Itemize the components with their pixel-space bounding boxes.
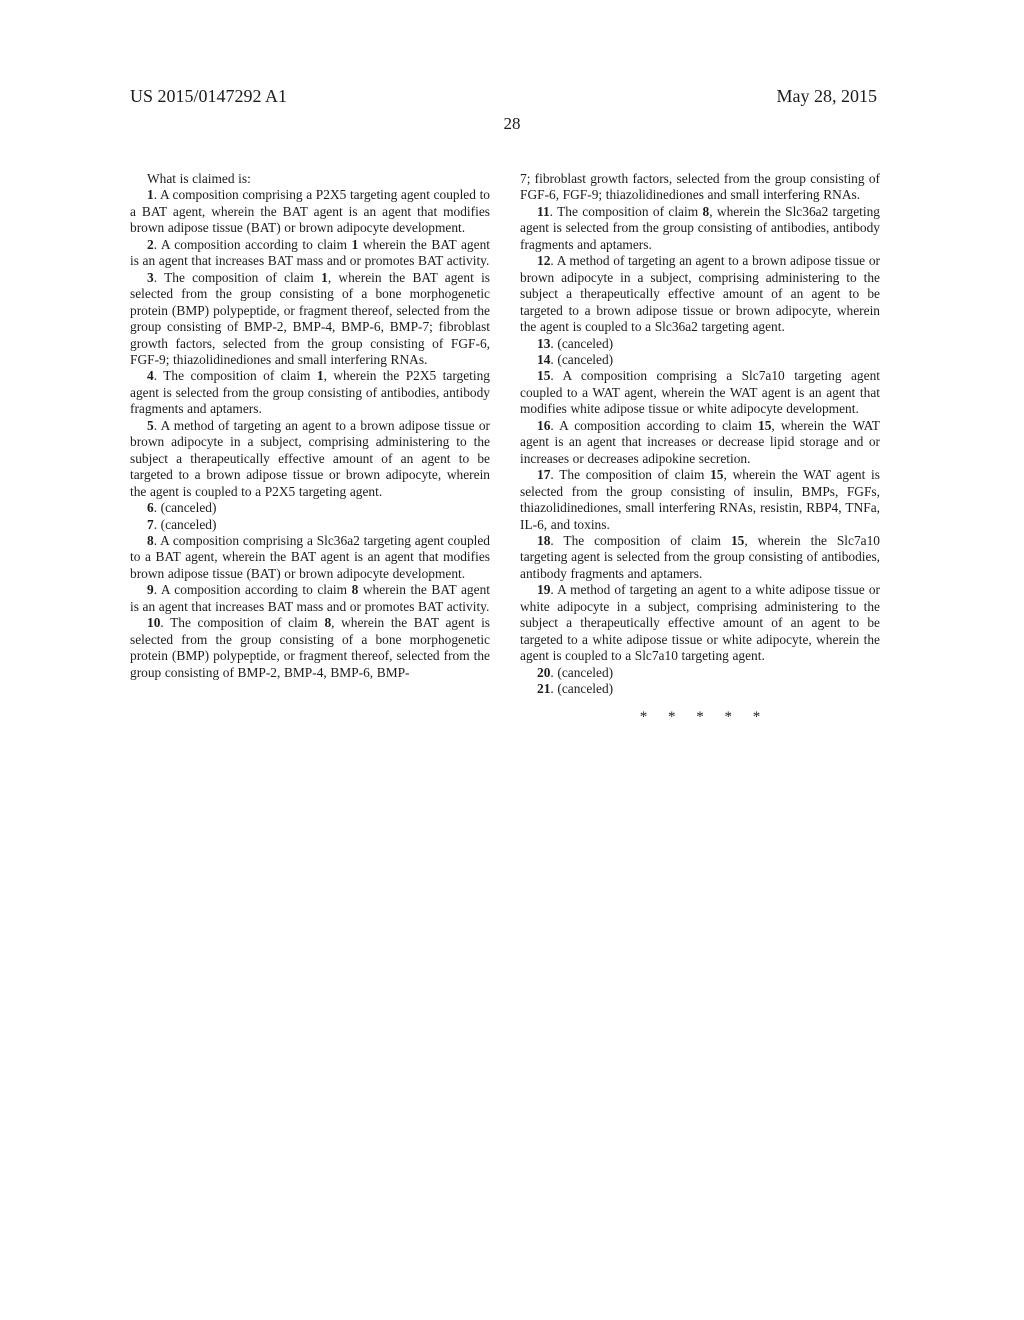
- claim-text: . (canceled): [550, 665, 613, 680]
- claim-text: . The composition of claim: [550, 204, 703, 219]
- claim-number: 15: [731, 533, 744, 548]
- claim-number: 3: [147, 270, 154, 285]
- claim-continuation-paragraph: 7; fibroblast growth factors, selected f…: [520, 171, 880, 204]
- claim-text: . (canceled): [550, 336, 613, 351]
- claim-paragraph: 3. The composition of claim 1, wherein t…: [130, 270, 490, 369]
- claim-number: 7: [147, 517, 154, 532]
- claim-paragraph: 2. A composition according to claim 1 wh…: [130, 237, 490, 270]
- claims-column-left: What is claimed is:1. A composition comp…: [130, 171, 490, 725]
- claim-number: 16: [537, 418, 550, 433]
- claims-column-right: 7; fibroblast growth factors, selected f…: [520, 171, 880, 725]
- claim-number: 6: [147, 500, 154, 515]
- claim-text: What is claimed is:: [147, 171, 251, 186]
- claim-text: . (canceled): [154, 500, 217, 515]
- claim-paragraph: 14. (canceled): [520, 352, 880, 368]
- claim-paragraph: 7. (canceled): [130, 517, 490, 533]
- claim-number: 19: [537, 582, 550, 597]
- claim-paragraph: 5. A method of targeting an agent to a b…: [130, 418, 490, 500]
- claim-paragraph: 1. A composition comprising a P2X5 targe…: [130, 187, 490, 236]
- claim-text: . A composition according to claim: [550, 418, 758, 433]
- claim-number: 15: [710, 467, 723, 482]
- claim-number: 10: [147, 615, 160, 630]
- claim-number: 17: [537, 467, 550, 482]
- claim-paragraph: 10. The composition of claim 8, wherein …: [130, 615, 490, 681]
- claim-number: 15: [537, 368, 550, 383]
- claim-text: . A method of targeting an agent to a br…: [130, 418, 490, 499]
- claim-text: . The composition of claim: [550, 467, 710, 482]
- claim-number: 20: [537, 665, 550, 680]
- claim-paragraph: 11. The composition of claim 8, wherein …: [520, 204, 880, 253]
- claim-paragraph: 12. A method of targeting an agent to a …: [520, 253, 880, 335]
- claim-text: . The composition of claim: [154, 368, 317, 383]
- claim-text: * * * * *: [640, 709, 761, 725]
- claim-number: 2: [147, 237, 154, 252]
- page-number: 28: [0, 114, 1024, 134]
- claim-text: . A method of targeting an agent to a br…: [520, 253, 880, 334]
- claim-paragraph: 13. (canceled): [520, 336, 880, 352]
- claim-number: 18: [537, 533, 550, 548]
- claim-text: . The composition of claim: [550, 533, 731, 548]
- claim-number: 9: [147, 582, 154, 597]
- claim-number: 15: [758, 418, 771, 433]
- claim-paragraph: 17. The composition of claim 15, wherein…: [520, 467, 880, 533]
- claim-paragraph: 6. (canceled): [130, 500, 490, 516]
- claim-number: 5: [147, 418, 154, 433]
- claim-text: . The composition of claim: [160, 615, 324, 630]
- page-header: US 2015/0147292 A1 May 28, 2015: [130, 86, 877, 107]
- claim-number: 1: [147, 187, 154, 202]
- claim-number: 1: [321, 270, 328, 285]
- claim-paragraph: 19. A method of targeting an agent to a …: [520, 582, 880, 664]
- claim-text: . The composition of claim: [154, 270, 321, 285]
- claim-text: . A composition according to claim: [154, 237, 352, 252]
- claim-paragraph: 21. (canceled): [520, 681, 880, 697]
- claim-number: 11: [537, 204, 550, 219]
- claim-text: 7; fibroblast growth factors, selected f…: [520, 171, 880, 202]
- claim-text: . (canceled): [550, 352, 613, 367]
- claim-number: 4: [147, 368, 154, 383]
- patent-document-page: US 2015/0147292 A1 May 28, 2015 28 What …: [0, 0, 1024, 1320]
- publication-number: US 2015/0147292 A1: [130, 86, 287, 107]
- claim-paragraph: 9. A composition according to claim 8 wh…: [130, 582, 490, 615]
- claims-section: What is claimed is:1. A composition comp…: [130, 171, 881, 725]
- claim-number: 12: [537, 253, 550, 268]
- claim-number: 1: [317, 368, 324, 383]
- claim-paragraph: 20. (canceled): [520, 665, 880, 681]
- claim-text: . A method of targeting an agent to a wh…: [520, 582, 880, 663]
- claim-paragraph: 4. The composition of claim 1, wherein t…: [130, 368, 490, 417]
- claim-number: 8: [147, 533, 154, 548]
- claim-text: . A composition comprising a Slc7a10 tar…: [520, 368, 880, 416]
- claim-paragraph: 18. The composition of claim 15, wherein…: [520, 533, 880, 582]
- claim-text: . A composition comprising a Slc36a2 tar…: [130, 533, 490, 581]
- claim-paragraph: 15. A composition comprising a Slc7a10 t…: [520, 368, 880, 417]
- claim-paragraph: 16. A composition according to claim 15,…: [520, 418, 880, 467]
- claim-number: 14: [537, 352, 550, 367]
- claim-text: . (canceled): [550, 681, 613, 696]
- publication-date: May 28, 2015: [777, 86, 878, 107]
- claim-paragraph: 8. A composition comprising a Slc36a2 ta…: [130, 533, 490, 582]
- claim-text: . (canceled): [154, 517, 217, 532]
- claim-number: 21: [537, 681, 550, 696]
- claim-text: . A composition comprising a P2X5 target…: [130, 187, 490, 235]
- claim-number: 13: [537, 336, 550, 351]
- asterisks-separator: * * * * *: [520, 709, 880, 725]
- claims-intro: What is claimed is:: [130, 171, 490, 187]
- claim-text: . A composition according to claim: [154, 582, 352, 597]
